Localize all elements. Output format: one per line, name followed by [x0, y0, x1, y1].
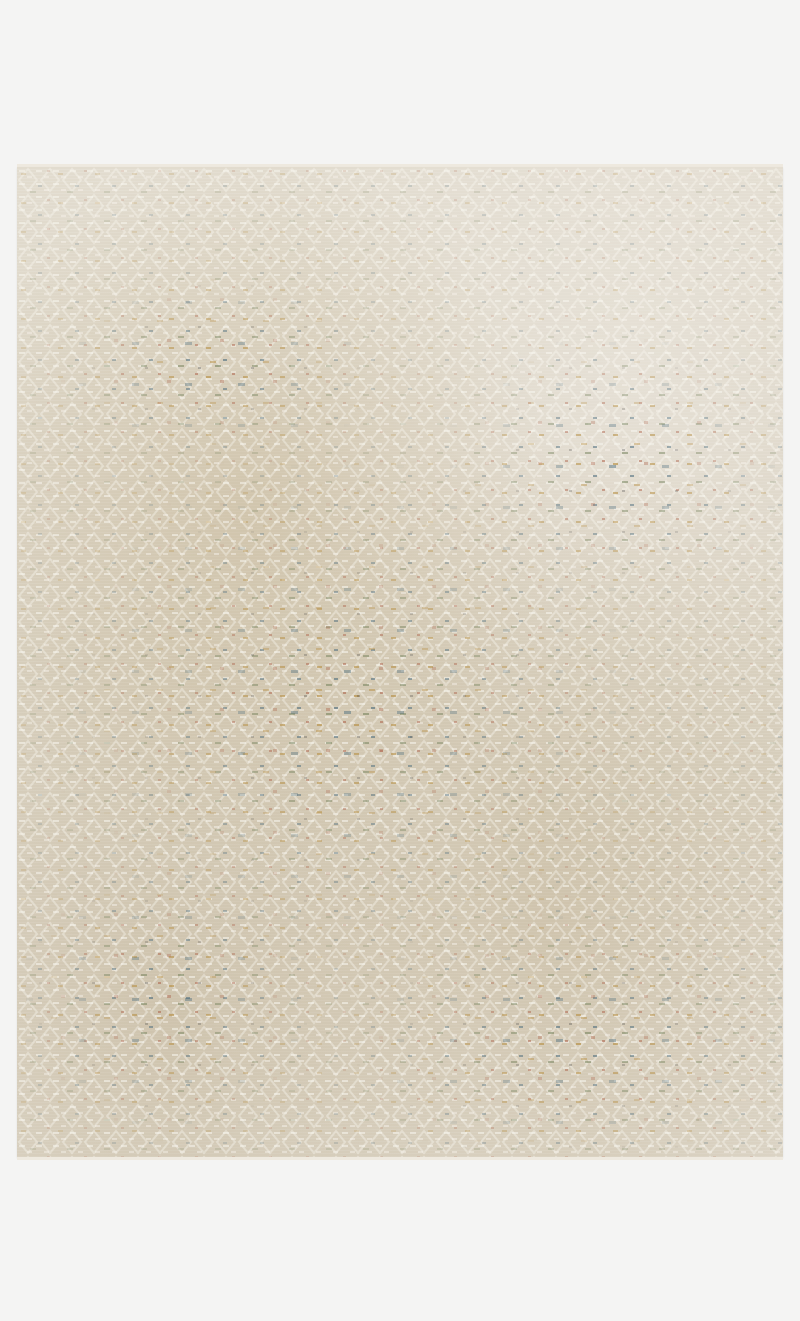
- rug-pattern: [17, 167, 783, 1157]
- rug: [17, 167, 783, 1157]
- product-image-stage: [0, 0, 800, 1321]
- rug-bottom-edge: [17, 1157, 783, 1160]
